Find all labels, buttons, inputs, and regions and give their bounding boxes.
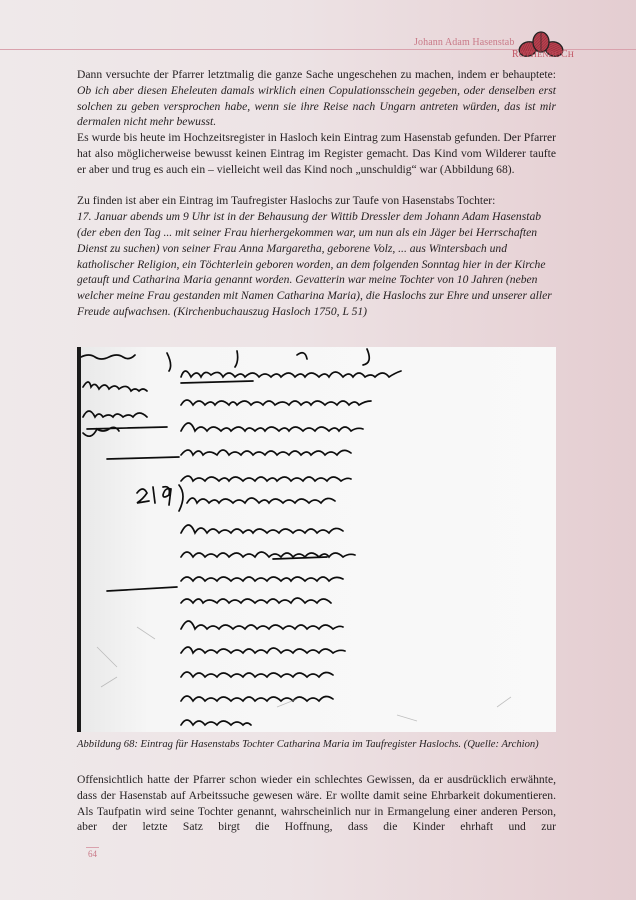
page-number: 64 [88,849,97,859]
baptism-entry-quote: 17. Januar abends um 9 Uhr ist in der Be… [77,209,556,320]
register-scan-image [77,347,556,732]
body-text: Dann versuchte der Pfarrer letztmalig di… [77,67,556,320]
handwriting-illustration [77,347,556,732]
running-header-title: Johann Adam Hasenstab [414,37,514,48]
logo-wordmark: ROTHENBUCH [512,49,574,60]
page-number-rule [86,847,99,848]
body-text-continued: Offensichtlich hatte der Pfarrer schon w… [77,772,556,835]
paragraph-gewissen: Offensichtlich hatte der Pfarrer schon w… [77,772,556,835]
paragraph-taufregister-intro: Zu finden ist aber ein Eintrag im Taufre… [77,193,556,209]
paragraph-pfarrer-claim: Dann versuchte der Pfarrer letztmalig di… [77,67,556,130]
figure-caption: Abbildung 68: Eintrag für Hasenstabs Toc… [77,738,556,752]
paragraph-hochzeitsregister: Es wurde bis heute im Hochzeitsregister … [77,130,556,177]
quoted-statement: Ob ich aber diesen Eheleuten damals wirk… [77,84,556,129]
